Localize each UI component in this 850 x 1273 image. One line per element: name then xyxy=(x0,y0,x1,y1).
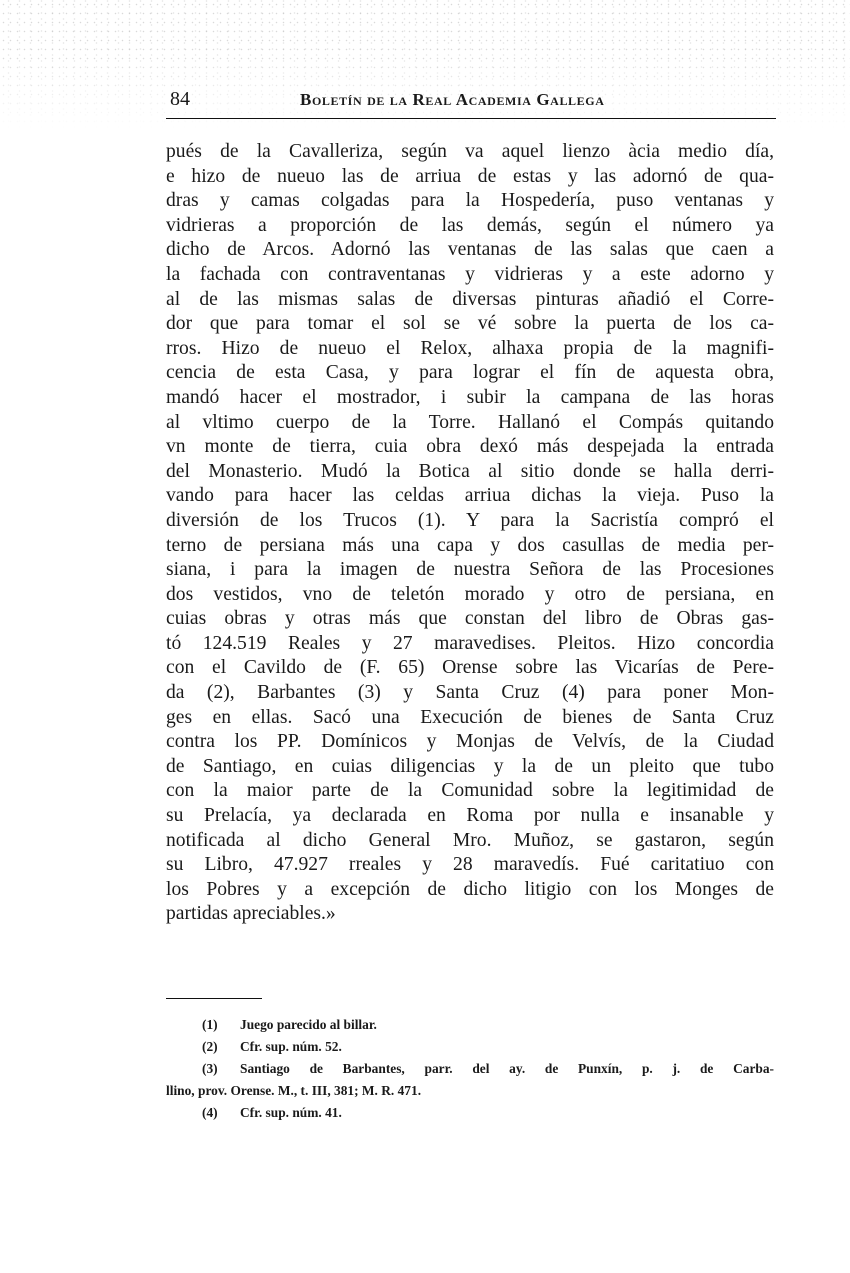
text-line: su Prelacía, ya declarada en Roma por nu… xyxy=(166,804,774,829)
footnote-rule xyxy=(166,998,262,999)
text-line: contra los PP. Domínicos y Monjas de Vel… xyxy=(166,730,774,755)
text-line: con la maior parte de la Comunidad sobre… xyxy=(166,779,774,804)
text-line: e hizo de nueuo las de arriua de estas y… xyxy=(166,165,774,190)
footnote-1: (1)Juego parecido al billar. xyxy=(166,1014,774,1036)
text-line: rros. Hizo de nueuo el Relox, alhaxa pro… xyxy=(166,337,774,362)
text-line: ges en ellas. Sacó una Execución de bien… xyxy=(166,706,774,731)
footnote-3-continuation: llino, prov. Orense. M., t. III, 381; M.… xyxy=(166,1080,774,1102)
text-line: con el Cavildo de (F. 65) Orense sobre l… xyxy=(166,656,774,681)
footnote-2: (2)Cfr. sup. núm. 52. xyxy=(166,1036,774,1058)
text-line: dicho de Arcos. Adornó las ventanas de l… xyxy=(166,238,774,263)
footnote-number: (2) xyxy=(202,1036,240,1058)
text-line: los Pobres y a excepción de dicho litigi… xyxy=(166,878,774,903)
footnotes: (1)Juego parecido al billar. (2)Cfr. sup… xyxy=(166,1014,774,1124)
text-line: mandó hacer el mostrador, i subir la cam… xyxy=(166,386,774,411)
footnote-3: (3)Santiago de Barbantes, parr. del ay. … xyxy=(166,1058,774,1080)
text-line: vando para hacer las celdas arriua dicha… xyxy=(166,484,774,509)
text-line: al vltimo cuerpo de la Torre. Hallanó el… xyxy=(166,411,774,436)
text-line: cencia de esta Casa, y para lograr el fí… xyxy=(166,361,774,386)
text-line: terno de persiana más una capa y dos cas… xyxy=(166,534,774,559)
body-text: pués de la Cavalleriza, según va aquel l… xyxy=(166,140,774,927)
text-line: vn monte de tierra, cuia obra dexó más d… xyxy=(166,435,774,460)
text-line: diversión de los Trucos (1). Y para la S… xyxy=(166,509,774,534)
text-line: del Monasterio. Mudó la Botica al sitio … xyxy=(166,460,774,485)
text-line: da (2), Barbantes (3) y Santa Cruz (4) p… xyxy=(166,681,774,706)
running-head: 84 Boletín de la Real Academia Gallega xyxy=(168,88,774,114)
text-line: la fachada con contraventanas y vidriera… xyxy=(166,263,774,288)
text-line: dos vestidos, vno de teletón morado y ot… xyxy=(166,583,774,608)
text-line: cuias obras y otras más que constan del … xyxy=(166,607,774,632)
footnote-number: (4) xyxy=(202,1102,240,1124)
footnote-4: (4)Cfr. sup. núm. 41. xyxy=(166,1102,774,1124)
footnote-text: Juego parecido al billar. xyxy=(240,1017,377,1032)
footnote-text: Santiago de Barbantes, parr. del ay. de … xyxy=(240,1061,774,1076)
text-line: notificada al dicho General Mro. Muñoz, … xyxy=(166,829,774,854)
text-line: al de las mismas salas de diversas pintu… xyxy=(166,288,774,313)
text-line-last: partidas apreciables.» xyxy=(166,902,774,927)
text-line: tó 124.519 Reales y 27 maravedises. Plei… xyxy=(166,632,774,657)
journal-title: Boletín de la Real Academia Gallega xyxy=(300,90,604,110)
text-line: siana, i para la imagen de nuestra Señor… xyxy=(166,558,774,583)
footnote-number: (1) xyxy=(202,1014,240,1036)
text-line: su Libro, 47.927 rreales y 28 maravedís.… xyxy=(166,853,774,878)
footnote-number: (3) xyxy=(202,1058,240,1080)
page-number: 84 xyxy=(170,88,190,111)
text-line: pués de la Cavalleriza, según va aquel l… xyxy=(166,140,774,165)
text-line: vidrieras a proporción de las demás, seg… xyxy=(166,214,774,239)
footnote-text: Cfr. sup. núm. 52. xyxy=(240,1039,342,1054)
text-line: dor que para tomar el sol se vé sobre la… xyxy=(166,312,774,337)
text-line: de Santiago, en cuias diligencias y la d… xyxy=(166,755,774,780)
text-line: dras y camas colgadas para la Hospedería… xyxy=(166,189,774,214)
footnote-text: Cfr. sup. núm. 41. xyxy=(240,1105,342,1120)
header-rule xyxy=(166,118,776,119)
